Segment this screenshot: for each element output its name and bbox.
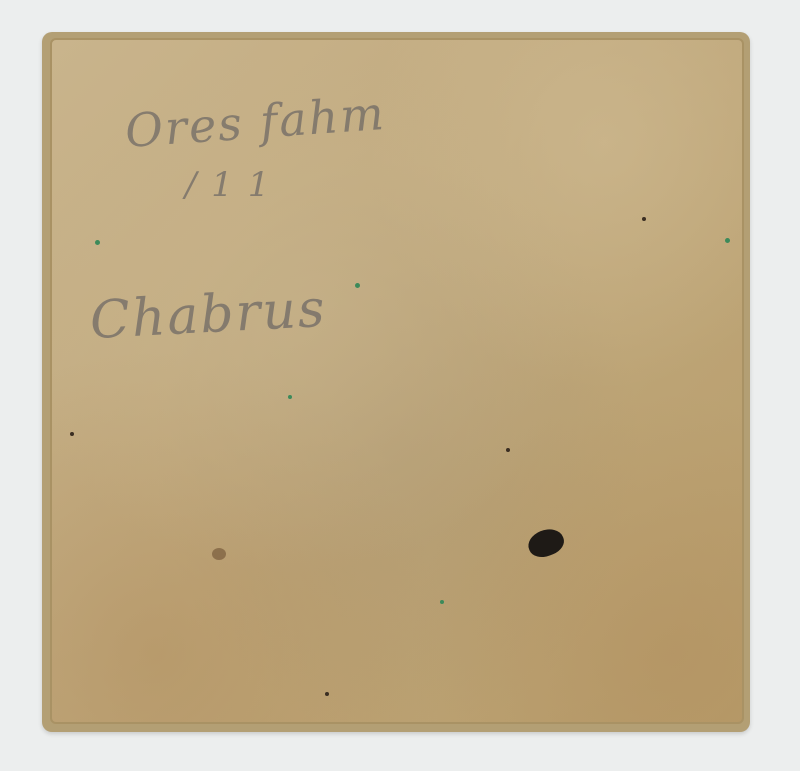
- dark-speck: [642, 217, 646, 221]
- green-speck: [440, 600, 444, 604]
- green-speck: [95, 240, 100, 245]
- dark-speck: [506, 448, 510, 452]
- green-speck: [288, 395, 292, 399]
- green-speck: [725, 238, 730, 243]
- dark-speck: [325, 692, 329, 696]
- pencil-inscription-line-3: Chabrus: [89, 279, 328, 351]
- pencil-inscription-line-2: / 1 1: [185, 165, 271, 205]
- dark-speck: [70, 432, 74, 436]
- green-speck: [355, 283, 360, 288]
- brown-spot: [212, 548, 226, 560]
